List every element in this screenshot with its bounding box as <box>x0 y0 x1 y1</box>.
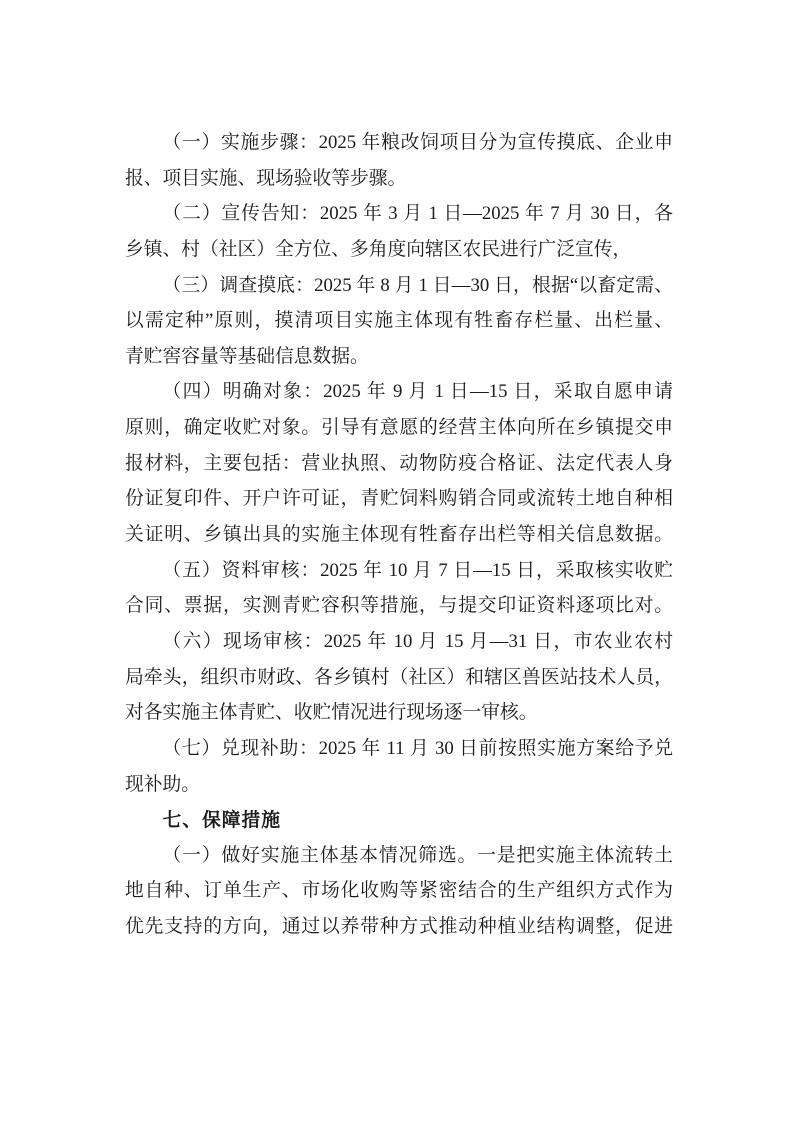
doc-line-15: （六）现场审核：2025 年 10 月 15 月—31 日，市农业农村 <box>125 624 673 660</box>
doc-line-19: 现补助。 <box>125 767 673 803</box>
section-7-heading: 七、保障措施 <box>125 802 673 838</box>
doc-line-23: 优先支持的方向，通过以养带种方式推动种植业结构调整，促进 <box>125 909 673 945</box>
doc-line-14: 合同、票据，实测青贮容积等措施，与提交印证资料逐项比对。 <box>125 588 673 624</box>
doc-line-8: （四）明确对象：2025 年 9 月 1 日—15 日，采取自愿申请 <box>125 374 673 410</box>
doc-line-22: 地自种、订单生产、市场化收购等紧密结合的生产组织方式作为 <box>125 873 673 909</box>
doc-line-7: 青贮窖容量等基础信息数据。 <box>125 339 673 375</box>
doc-line-2: 报、项目实施、现场验收等步骤。 <box>125 161 673 197</box>
doc-line-21: （一）做好实施主体基本情况筛选。一是把实施主体流转土 <box>125 838 673 874</box>
doc-line-13: （五）资料审核：2025 年 10 月 7 日—15 日，采取核实收贮 <box>125 553 673 589</box>
doc-line-9: 原则，确定收贮对象。引导有意愿的经营主体向所在乡镇提交申 <box>125 410 673 446</box>
doc-line-5: （三）调查摸底：2025 年 8 月 1 日—30 日，根据“以畜定需、 <box>125 268 673 304</box>
doc-line-3: （二）宣传告知：2025 年 3 月 1 日—2025 年 7 月 30 日，各 <box>125 196 673 232</box>
doc-line-18: （七）兑现补助：2025 年 11 月 30 日前按照实施方案给予兑 <box>125 731 673 767</box>
doc-line-16: 局牵头，组织市财政、各乡镇村（社区）和辖区兽医站技术人员， <box>125 660 673 696</box>
doc-line-12: 关证明、乡镇出具的实施主体现有牲畜存出栏等相关信息数据。 <box>125 517 673 553</box>
doc-line-17: 对各实施主体青贮、收贮情况进行现场逐一审核。 <box>125 695 673 731</box>
document-body-text: （一）实施步骤：2025 年粮改饲项目分为宣传摸底、企业申 报、项目实施、现场验… <box>125 125 673 945</box>
doc-line-11: 份证复印件、开户许可证，青贮饲料购销合同或流转土地自种相 <box>125 481 673 517</box>
doc-line-1: （一）实施步骤：2025 年粮改饲项目分为宣传摸底、企业申 <box>125 125 673 161</box>
doc-line-6: 以需定种”原则，摸清项目实施主体现有牲畜存栏量、出栏量、 <box>125 303 673 339</box>
doc-line-4: 乡镇、村（社区）全方位、多角度向辖区农民进行广泛宣传， <box>125 232 673 268</box>
document-page: （一）实施步骤：2025 年粮改饲项目分为宣传摸底、企业申 报、项目实施、现场验… <box>0 0 793 1122</box>
doc-line-10: 报材料，主要包括：营业执照、动物防疫合格证、法定代表人身 <box>125 446 673 482</box>
